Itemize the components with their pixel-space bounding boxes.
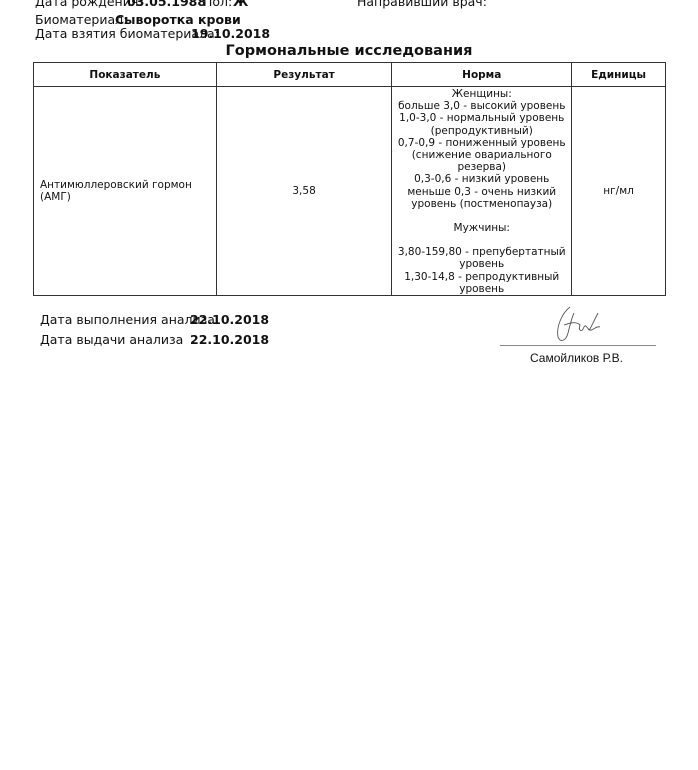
norm-line: уровень <box>394 283 569 295</box>
result-cell: 3,58 <box>216 87 392 296</box>
norm-line: 1,30-14,8 - репродуктивный <box>394 271 569 283</box>
biomaterial-value: Сыворотка крови <box>115 12 241 27</box>
norm-line: уровень <box>394 258 569 270</box>
column-header: Норма <box>392 63 572 87</box>
issue-date-value: 22.10.2018 <box>190 332 269 347</box>
norm-line: Женщины: <box>394 88 569 100</box>
norm-line: (репродуктивный) <box>394 125 569 137</box>
exec-date-value: 22.10.2018 <box>190 312 269 327</box>
referring-doctor-label: Направивший врач: <box>357 0 487 9</box>
sample-date-value: 19.10.2018 <box>191 26 270 41</box>
signer-name: Самойликов Р.В. <box>530 351 623 365</box>
sex-label: Пол: <box>203 0 232 9</box>
issue-date-label: Дата выдачи анализа <box>40 332 183 347</box>
section-title: Гормональные исследования <box>0 43 698 59</box>
column-header: Результат <box>216 63 392 87</box>
signature-line <box>500 345 656 346</box>
indicator-cell: Антимюллеровский гормон (АМГ) <box>34 87 217 296</box>
norm-line: уровень (постменопауза) <box>394 198 569 210</box>
biomaterial-label: Биоматериал: <box>35 12 127 27</box>
units-cell: нг/мл <box>572 87 666 296</box>
signature-icon <box>548 303 608 345</box>
column-header: Показатель <box>34 63 217 87</box>
norm-line: 3,80-159,80 - препубертатный <box>394 246 569 258</box>
norm-line: 1,0-3,0 - нормальный уровень <box>394 112 569 124</box>
norm-cell: Женщины:больше 3,0 - высокий уровень1,0-… <box>392 87 572 296</box>
norm-line: 0,3-0,6 - низкий уровень <box>394 173 569 185</box>
birth-date-value: 03.05.1988 <box>127 0 206 9</box>
norm-line: больше 3,0 - высокий уровень <box>394 100 569 112</box>
results-table: Показатель Результат Норма Единицы Антим… <box>33 62 666 296</box>
table-header-row: Показатель Результат Норма Единицы <box>34 63 666 87</box>
column-header: Единицы <box>572 63 666 87</box>
table-row: Антимюллеровский гормон (АМГ) 3,58 Женщи… <box>34 87 666 296</box>
norm-line: Мужчины: <box>394 222 569 234</box>
exec-date-label: Дата выполнения анализа <box>40 312 215 327</box>
norm-line <box>394 234 569 246</box>
norm-line: 0,7-0,9 - пониженный уровень <box>394 137 569 149</box>
sex-value: Ж <box>233 0 248 9</box>
norm-line: меньше 0,3 - очень низкий <box>394 186 569 198</box>
norm-line: (снижение овариального резерва) <box>394 149 569 173</box>
